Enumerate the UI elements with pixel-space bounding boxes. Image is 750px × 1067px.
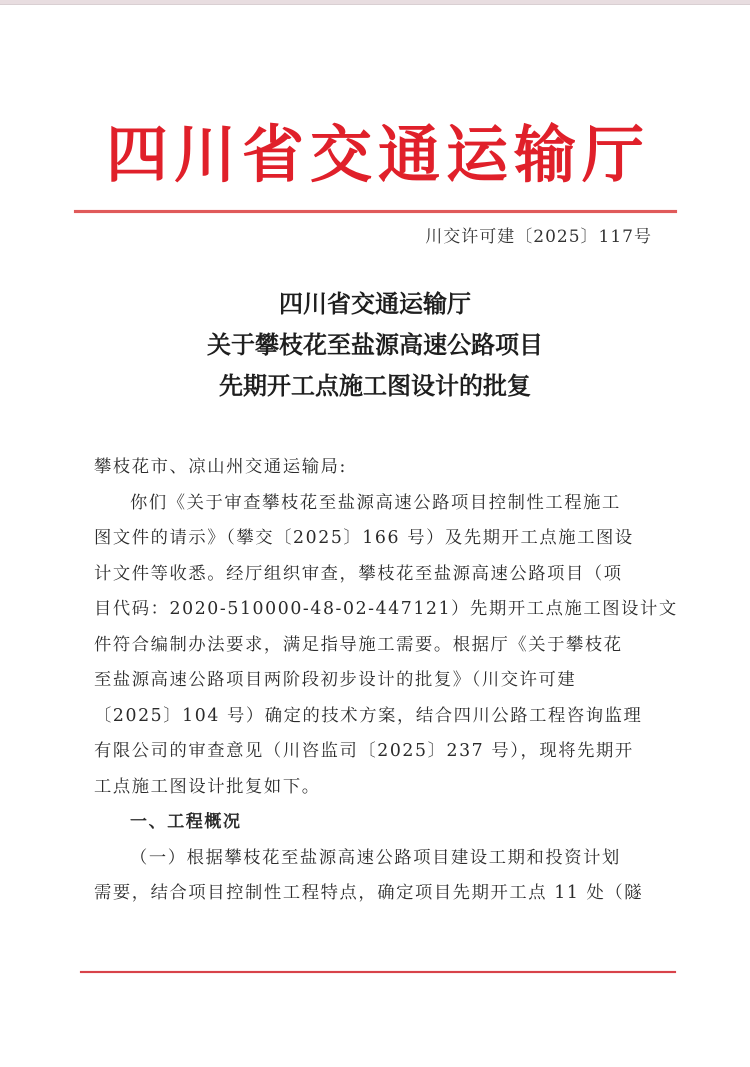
paragraph-line: 至盐源高速公路项目两阶段初步设计的批复》（川交许可建 <box>94 663 674 699</box>
paragraph-line: 需要，结合项目控制性工程特点，确定项目先期开工点 11 处（隧 <box>94 876 674 912</box>
masthead-org-name: 四川省交通运输厅 <box>78 118 678 192</box>
document-title: 四川省交通运输厅 关于攀枝花至盐源高速公路项目 先期开工点施工图设计的批复 <box>0 283 750 406</box>
paragraph-line: 〔2025〕104 号）确定的技术方案，结合四川公路工程咨询监理 <box>94 699 674 735</box>
paragraph-line: 你们《关于审查攀枝花至盐源高速公路项目控制性工程施工 <box>94 486 674 522</box>
title-line-2: 关于攀枝花至盐源高速公路项目 <box>0 324 750 365</box>
document-body: 攀枝花市、凉山州交通运输局: 你们《关于审查攀枝花至盐源高速公路项目控制性工程施… <box>94 450 674 912</box>
masthead-divider <box>74 210 677 213</box>
paragraph-line: 计文件等收悉。经厅组织审查，攀枝花至盐源高速公路项目（项 <box>94 557 674 593</box>
paragraph-line: 工点施工图设计批复如下。 <box>94 770 674 806</box>
document-number: 川交许可建〔2025〕117号 <box>425 222 652 247</box>
title-line-1: 四川省交通运输厅 <box>0 283 750 324</box>
paragraph-line: 图文件的请示》（攀交〔2025〕166 号）及先期开工点施工图设 <box>94 521 674 557</box>
title-line-3: 先期开工点施工图设计的批复 <box>0 365 750 406</box>
recipient-line: 攀枝花市、凉山州交通运输局: <box>94 450 674 486</box>
paragraph-line: 目代码：2020-510000-48-02-447121）先期开工点施工图设计文 <box>94 592 674 628</box>
section-heading: 一、工程概况 <box>94 805 674 841</box>
paragraph-line: 件符合编制办法要求，满足指导施工需要。根据厅《关于攀枝花 <box>94 628 674 664</box>
paragraph-line: 有限公司的审查意见（川咨监司〔2025〕237 号），现将先期开 <box>94 734 674 770</box>
paragraph-line: （一）根据攀枝花至盐源高速公路项目建设工期和投资计划 <box>94 841 674 877</box>
footer-divider <box>80 971 676 973</box>
